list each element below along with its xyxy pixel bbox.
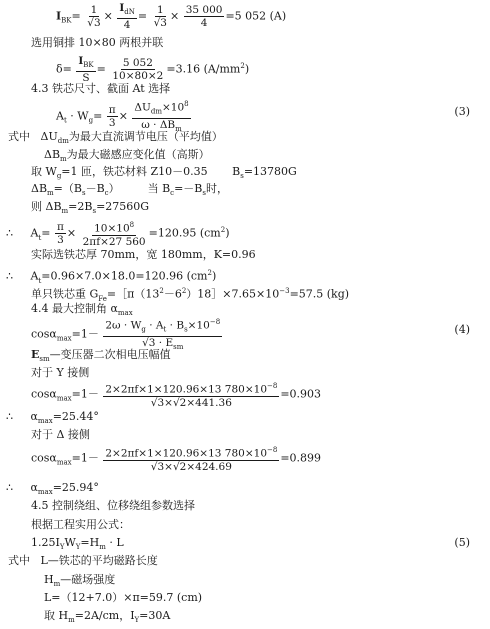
op: ×: [170, 10, 179, 23]
fraction: π3: [55, 221, 66, 246]
var: 2×2πf×1×120.96×13 780×10: [105, 448, 267, 460]
text: =13780G: [244, 165, 297, 178]
text: =0.96×7.0×18.0=120.96 (cm: [41, 270, 207, 283]
text: ）: [109, 182, 120, 195]
den: √3: [152, 17, 169, 29]
text-line: 式中 ΔUdm为最大直流调节电压（平均值）: [8, 130, 223, 148]
num: 10×108: [92, 219, 136, 236]
den: 3: [107, 117, 118, 129]
op: =1－: [72, 327, 99, 340]
section-heading-4-3: 4.3 铁芯尺寸、截面 At 选择: [31, 82, 170, 96]
fraction: 2×2πf×1×120.96×13 780×10−8√3×√2×441.36: [103, 380, 279, 409]
equation-number: (5): [454, 536, 470, 550]
fraction: 10×1082πf×27 560: [81, 219, 148, 248]
var: α: [30, 481, 37, 494]
sup: −8: [267, 382, 277, 390]
var: cosα: [31, 451, 57, 464]
var: 1.25I: [31, 536, 60, 549]
text: =（B: [54, 182, 82, 195]
sub: max: [38, 488, 53, 496]
var: ×10: [162, 102, 184, 114]
fraction: IdN4: [117, 2, 137, 31]
label: 式中: [8, 130, 30, 143]
num: 35 000: [184, 4, 225, 17]
text: 当 B: [148, 182, 171, 195]
num: π: [55, 221, 66, 234]
text-line: ΔBm为最大磁感应变化值（高斯）: [44, 148, 210, 166]
result: =3.16 (A/mm: [166, 63, 240, 76]
text-line: 根据工程实用公式：: [31, 518, 130, 532]
sub: m: [47, 189, 54, 197]
num: 5 052: [121, 57, 155, 70]
text-line: ∴ αmax=25.44°: [6, 410, 99, 428]
op: ×: [67, 227, 76, 240]
text-line: 取 Hm=2A/cm，IY=30A: [44, 609, 170, 627]
result: ): [245, 63, 249, 76]
num: ΔUdm×108: [132, 98, 190, 119]
fraction: 1√3: [152, 4, 169, 29]
var: · B: [166, 320, 184, 332]
text-line: 对于 Y 接侧: [31, 366, 89, 380]
text: 则 ΔB: [31, 200, 62, 213]
sup: 8: [184, 100, 188, 108]
text: =57.5 (kg): [290, 288, 350, 301]
sub: sm: [39, 355, 49, 363]
den: 3: [55, 234, 66, 246]
equation-5: 1.25IYWY=Hm · L (5): [31, 536, 480, 554]
fraction: 35 0004: [184, 4, 225, 29]
var: · A: [146, 320, 164, 332]
sub: max: [57, 394, 72, 402]
op: =: [41, 227, 50, 240]
fraction: IBKS: [76, 55, 95, 84]
therefore-symbol: ∴: [6, 227, 13, 240]
text: 4.4 最大控制角 α: [31, 302, 118, 315]
text: 时，: [206, 182, 228, 195]
text: －B: [86, 182, 105, 195]
sub: dm: [151, 108, 162, 116]
equation-delta-side: cosαmax=1－ 2×2πf×1×120.96×13 780×10−8√3×…: [31, 444, 321, 476]
op: =: [138, 10, 147, 23]
var: W: [64, 536, 75, 549]
num: 2×2πf×1×120.96×13 780×10−8: [103, 380, 279, 397]
var: √3 · E: [142, 337, 173, 349]
fraction: 5 05210×80×2: [110, 57, 165, 82]
text-line: 选用铜排 10×80 两根并联: [31, 36, 163, 50]
den: √3×√2×441.36: [149, 397, 234, 409]
var: δ=: [56, 63, 72, 76]
result: =5 052 (A): [225, 10, 286, 23]
equation-ibk: IBK= 1√3× IdN4= 1√3× 35 0004=5 052 (A): [56, 2, 286, 35]
text: =［π（13: [107, 288, 159, 301]
var: 2×2πf×1×120.96×13 780×10: [105, 384, 267, 396]
result: =120.95 (cm: [149, 227, 221, 240]
op: =: [97, 63, 106, 76]
sub: dN: [124, 8, 135, 16]
op: =1－: [72, 387, 99, 400]
section-heading-4-5: 4.5 控制绕组、位移绕组参数选择: [31, 499, 195, 513]
op: =: [93, 109, 102, 122]
var: ΔU: [41, 130, 58, 143]
label: 式中: [8, 554, 30, 567]
text: －6: [164, 288, 182, 301]
text-line: ΔBm=（Bs－Bc） 当 Bc=－Bs时，: [31, 182, 228, 200]
sub: BK: [83, 61, 93, 69]
text: =30A: [139, 609, 170, 622]
text: =1 匝，铁芯材料 Z10－0.35: [61, 165, 207, 178]
result: =0.903: [280, 387, 321, 400]
sub: sm: [173, 343, 183, 351]
den: √3: [85, 17, 102, 29]
fraction: 2×2πf×1×120.96×13 780×10−8√3×√2×424.69: [103, 444, 279, 473]
text: ）18］×7.65×10: [186, 288, 279, 301]
text-line: L=（12+7.0）×π=59.7 (cm): [44, 591, 202, 605]
var: α: [30, 410, 37, 423]
var: H: [44, 573, 54, 586]
op: ×: [119, 109, 128, 122]
den: 4: [122, 19, 133, 31]
var: ×10: [188, 320, 210, 332]
num: 2×2πf×1×120.96×13 780×10−8: [103, 444, 279, 461]
num: 1: [89, 4, 100, 17]
var: =H: [80, 536, 99, 549]
result: ): [225, 227, 229, 240]
equation-number: (4): [454, 316, 470, 344]
text: 为最大直流调节电压（平均值）: [69, 130, 223, 143]
var: · W: [67, 109, 89, 122]
therefore-symbol: ∴: [6, 481, 13, 494]
therefore-symbol: ∴: [6, 410, 13, 423]
var: ΔU: [134, 102, 150, 114]
op: ×: [104, 10, 113, 23]
den: 2πf×27 560: [81, 236, 148, 248]
var: cosα: [31, 327, 57, 340]
fraction: π3: [107, 104, 118, 129]
text-line: 取 Wg=1 匝，铁芯材料 Z10－0.35 Bs=13780G: [31, 165, 297, 183]
den: √3×√2×424.69: [149, 461, 234, 473]
sup: −3: [279, 287, 289, 295]
sup: 8: [130, 221, 134, 229]
num: 2ω · Wg · At · Bs×10−8: [103, 316, 222, 337]
sup: −8: [210, 318, 220, 326]
num: 1: [155, 4, 166, 17]
fraction: 1√3: [85, 4, 102, 29]
text: L—铁芯的平均磁路长度: [41, 554, 158, 567]
var: ΔB: [44, 148, 60, 161]
num: π: [107, 104, 118, 117]
var: cosα: [31, 387, 57, 400]
num: IdN: [117, 2, 137, 19]
sub: dm: [58, 137, 69, 145]
text: =2B: [68, 200, 92, 213]
text-line: Esm—变压器二次相电压幅值: [31, 348, 171, 366]
text-line: Hm—磁场强度: [44, 573, 115, 591]
var: · L: [106, 536, 124, 549]
equation-y-side: cosαmax=1－ 2×2πf×1×120.96×13 780×10−8√3×…: [31, 380, 321, 412]
var: B: [232, 165, 240, 178]
equation-number: (3): [454, 98, 470, 126]
sub: max: [38, 417, 53, 425]
sup: −8: [267, 446, 277, 454]
var: 2ω · W: [105, 320, 141, 332]
text-line: 对于 Δ 接侧: [31, 428, 90, 442]
therefore-symbol: ∴: [6, 270, 13, 283]
text: =25.94°: [53, 481, 99, 494]
var: A: [56, 109, 64, 122]
sub: m: [60, 155, 67, 163]
sub: max: [57, 458, 72, 466]
op: =1－: [72, 451, 99, 464]
sub: m: [68, 616, 75, 624]
text: =25.44°: [53, 410, 99, 423]
text-line: ∴ αmax=25.94°: [6, 481, 99, 499]
text: =－B: [174, 182, 202, 195]
text-line: 实际选铁芯厚 70mm，宽 180mm，K=0.96: [31, 248, 256, 262]
result: =0.899: [280, 451, 321, 464]
var: 10×10: [94, 223, 130, 235]
text: —变压器二次相电压幅值: [50, 348, 171, 361]
text: 取 H: [44, 609, 68, 622]
sub: BK: [61, 17, 71, 25]
den: 10×80×2: [110, 70, 165, 82]
op: =: [72, 10, 81, 23]
var: ω · ΔB: [141, 119, 175, 131]
text: =27560G: [96, 200, 149, 213]
text: ): [212, 270, 216, 283]
text: 取 W: [31, 165, 57, 178]
text: —磁场强度: [60, 573, 115, 586]
den: 4: [199, 17, 210, 29]
text: 为最大磁感应变化值（高斯）: [67, 148, 210, 161]
sub: max: [57, 335, 72, 343]
num: IBK: [76, 55, 95, 72]
text: =2A/cm，I: [75, 609, 135, 622]
equation-delta: δ= IBKS= 5 05210×80×2=3.16 (A/mm2): [56, 52, 249, 84]
equation-at: ∴ At= π3× 10×1082πf×27 560=120.95 (cm2): [6, 216, 229, 252]
sub: m: [99, 543, 106, 551]
var: ΔB: [31, 182, 47, 195]
text: 单只铁芯重 G: [31, 288, 98, 301]
text-line: 式中 L—铁芯的平均磁路长度: [8, 554, 158, 568]
